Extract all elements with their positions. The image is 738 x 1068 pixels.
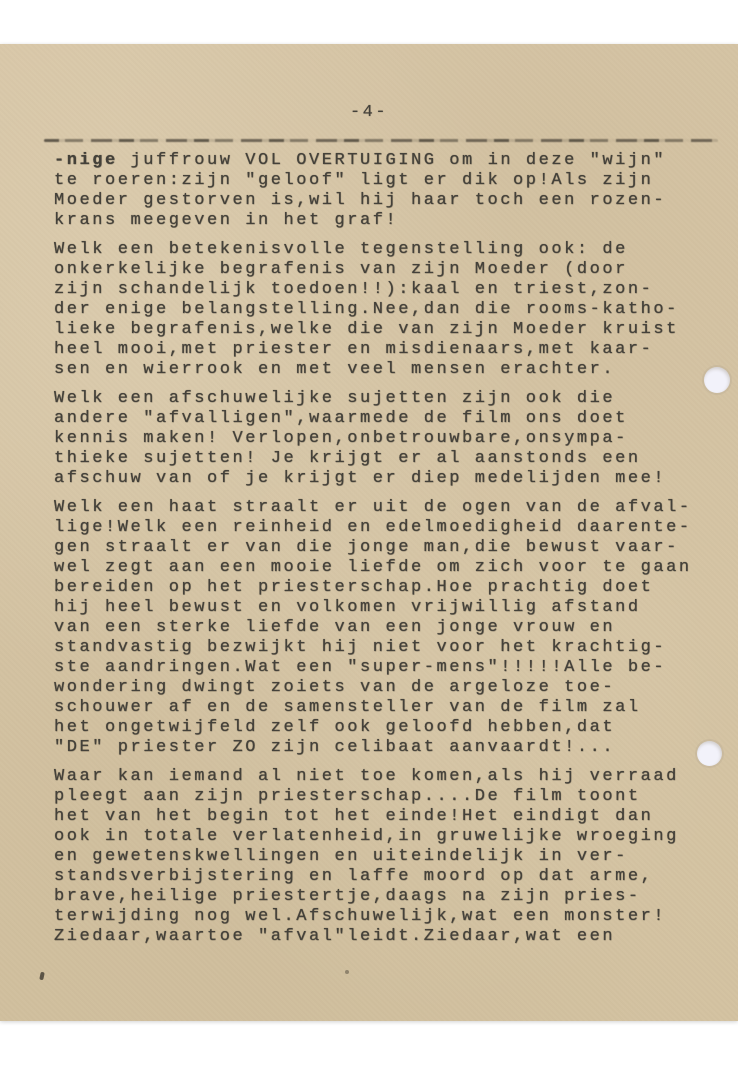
text-line: te roeren:zijn "geloof" ligt er dik op!A… <box>54 171 718 191</box>
text-line: thieke sujetten! Je krijgt er al aanston… <box>54 449 718 469</box>
text-line: terwijding nog wel.Afschuwelijk,wat een … <box>54 907 718 927</box>
text-line: ook in totale verlatenheid,in gruwelijke… <box>54 827 718 847</box>
text-line: lieke begrafenis,welke die van zijn Moed… <box>54 320 718 340</box>
text-line: van een sterke liefde van een jonge vrou… <box>54 618 718 638</box>
divider-rule <box>44 139 718 142</box>
text-line: "DE" priester ZO zijn celibaat aanvaardt… <box>54 738 718 758</box>
text-line: wel zegt aan een mooie liefde om zich vo… <box>54 558 718 578</box>
text-line: lige!Welk een reinheid en edelmoedigheid… <box>54 518 718 538</box>
text-line: Welk een betekenisvolle tegenstelling oo… <box>54 240 718 260</box>
page-number: -4- <box>0 103 738 122</box>
scan-viewport: -4- -nige juffrouw VOL OVERTUIGING om in… <box>0 0 738 1068</box>
text-line: Welk een afschuwelijke sujetten zijn ook… <box>54 389 718 409</box>
text-line: zijn schandelijk toedoen!!):kaal en trie… <box>54 280 718 300</box>
scanned-page: -4- -nige juffrouw VOL OVERTUIGING om in… <box>0 44 738 1021</box>
text-line: standsverbijstering en laffe moord op da… <box>54 867 718 887</box>
text-line: pleegt aan zijn priesterschap....De film… <box>54 787 718 807</box>
hole-punch-icon <box>697 741 722 766</box>
text-line: bereiden op het priesterschap.Hoe pracht… <box>54 578 718 598</box>
text-line: en gewetenskwellingen en uiteindelijk in… <box>54 847 718 867</box>
text-line: onkerkelijke begrafenis van zijn Moeder … <box>54 260 718 280</box>
text-line: sen en wierrook en met veel mensen erach… <box>54 360 718 380</box>
text-line: wondering dwingt zoiets van de argeloze … <box>54 678 718 698</box>
hole-punch-icon <box>704 367 730 393</box>
text-line: Moeder gestorven is,wil hij haar toch ee… <box>54 191 718 211</box>
text-line: Welk een haat straalt er uit de ogen van… <box>54 498 718 518</box>
text-line: ste aandringen.Wat een "super-mens"!!!!!… <box>54 658 718 678</box>
text-line: het ongetwijfeld zelf ook geloofd hebben… <box>54 718 718 738</box>
text-line: -nige juffrouw VOL OVERTUIGING om in dez… <box>54 151 718 171</box>
paragraph: Waar kan iemand al niet toe komen,als hi… <box>54 767 718 947</box>
paragraph: Welk een afschuwelijke sujetten zijn ook… <box>54 389 718 489</box>
text-line: afschuw van of je krijgt er diep medelij… <box>54 469 718 489</box>
ink-speck-icon <box>345 970 349 974</box>
paragraph: Welk een haat straalt er uit de ogen van… <box>54 498 718 758</box>
text-line: hij heel bewust en volkomen vrijwillig a… <box>54 598 718 618</box>
text-line: het van het begin tot het einde!Het eind… <box>54 807 718 827</box>
text-line: heel mooi,met priester en misdienaars,me… <box>54 340 718 360</box>
text-line: kennis maken! Verlopen,onbetrouwbare,ons… <box>54 429 718 449</box>
paragraph: -nige juffrouw VOL OVERTUIGING om in dez… <box>54 151 718 231</box>
text-line: schouwer af en de samensteller van de fi… <box>54 698 718 718</box>
text-line: andere "afvalligen",waarmede de film ons… <box>54 409 718 429</box>
text-line: krans meegeven in het graf! <box>54 211 718 231</box>
paragraph: Welk een betekenisvolle tegenstelling oo… <box>54 240 718 380</box>
ink-speck-icon <box>39 972 45 981</box>
page-text: -nige juffrouw VOL OVERTUIGING om in dez… <box>54 151 718 956</box>
text-line: gen straalt er van die jonge man,die bew… <box>54 538 718 558</box>
text-line: der enige belangstelling.Nee,dan die roo… <box>54 300 718 320</box>
text-line: brave,heilige priestertje,daags na zijn … <box>54 887 718 907</box>
text-line: Waar kan iemand al niet toe komen,als hi… <box>54 767 718 787</box>
text-line: Ziedaar,waartoe "afval"leidt.Ziedaar,wat… <box>54 927 718 947</box>
text-line: standvastig bezwijkt hij niet voor het k… <box>54 638 718 658</box>
